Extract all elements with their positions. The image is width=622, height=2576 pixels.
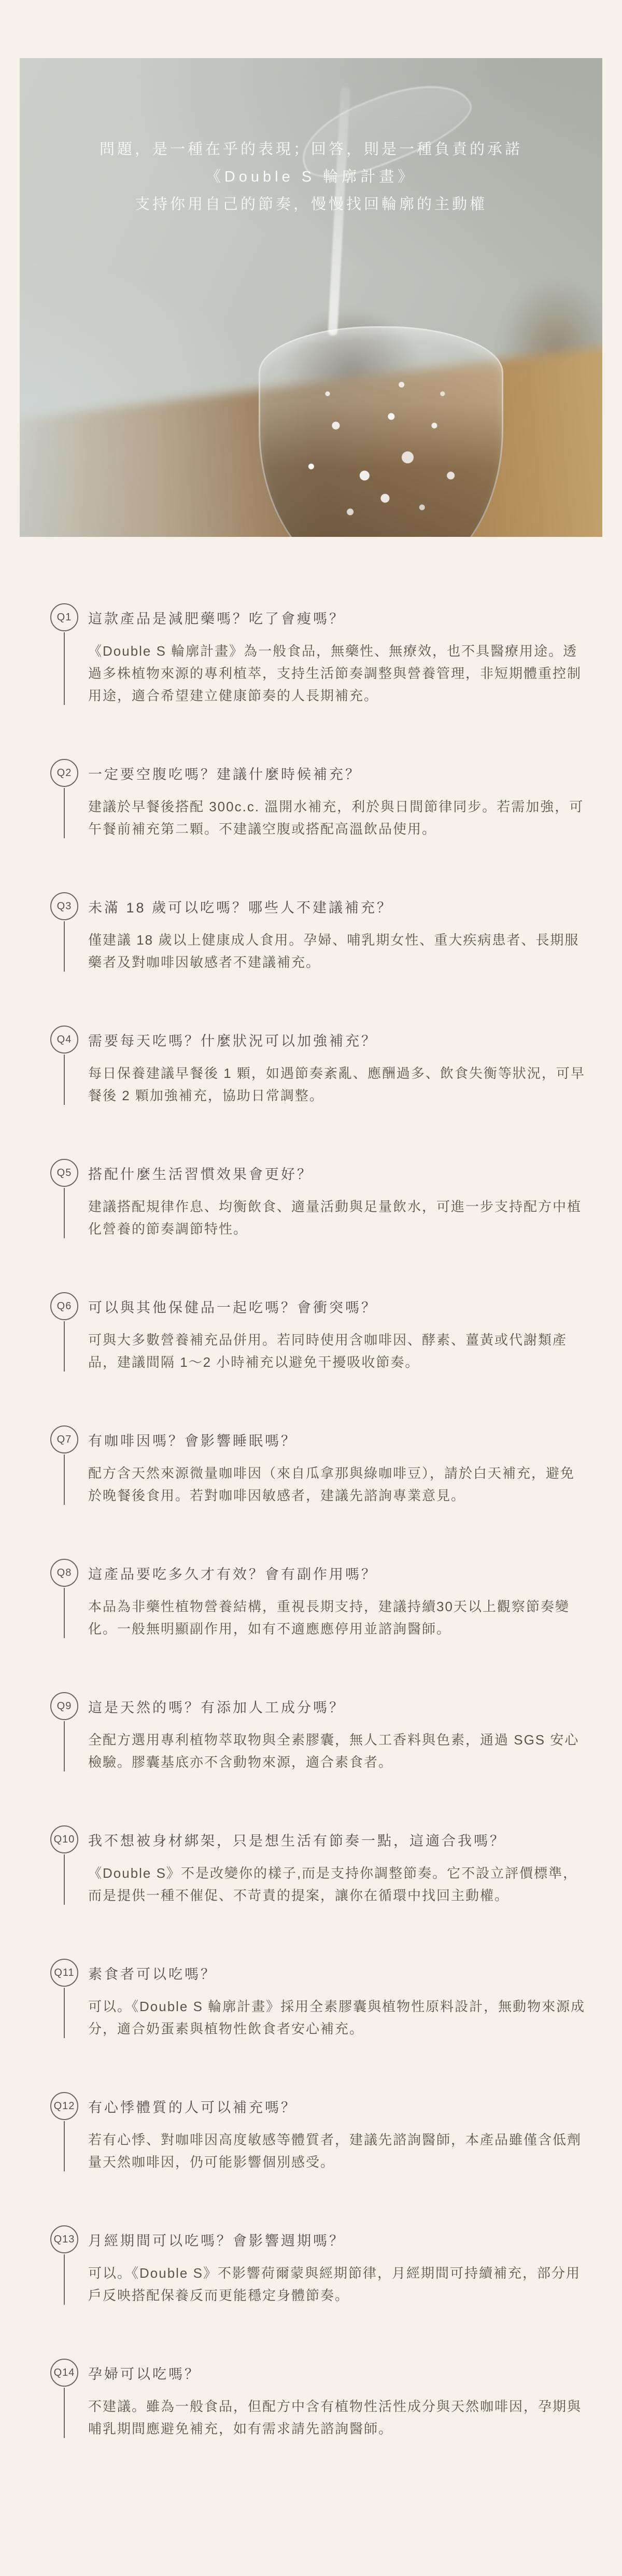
question-number-badge: Q5 xyxy=(50,1159,78,1187)
connector-line xyxy=(64,1188,65,1238)
hero-caption-line-3: 支持你用自己的節奏，慢慢找回輪廓的主動權 xyxy=(20,195,602,214)
question-number: Q14 xyxy=(54,2367,75,2379)
answer-text: 若有心悸、對咖啡因高度敏感等體質者，建議先諮詢醫師，本產品雖僅含低劑量天然咖啡因… xyxy=(88,2129,586,2173)
connector-line xyxy=(64,921,65,972)
question-title: 這產品要吃多久才有效？會有副作用嗎？ xyxy=(88,1559,586,1587)
question-number-badge: Q3 xyxy=(50,892,78,920)
question-title: 一定要空腹吃嗎？建議什麼時候補充？ xyxy=(88,759,586,787)
answer-text: 可以。《Double S》不影響荷爾蒙與經期節律，月經期間可持續補充，部分用戶反… xyxy=(88,2262,586,2307)
faq-item: Q8 這產品要吃多久才有效？會有副作用嗎？ 本品為非藥性植物營養結構，重視長期支… xyxy=(50,1559,586,1640)
question-title: 素食者可以吃嗎？ xyxy=(88,1959,586,1987)
bubbles xyxy=(278,357,484,537)
question-number-badge: Q11 xyxy=(50,1959,78,1987)
question-number: Q8 xyxy=(57,1567,72,1579)
question-number: Q5 xyxy=(57,1167,72,1179)
faq-item: Q13 月經期間可以吃嗎？會影響週期嗎？ 可以。《Double S》不影響荷爾蒙… xyxy=(50,2225,586,2307)
question-number-badge: Q4 xyxy=(50,1026,78,1054)
connector-line xyxy=(64,1321,65,1372)
answer-text: 建議搭配規律作息、均衡飲食、適量活動與足量飲水，可進一步支持配方中植化營養的節奏… xyxy=(88,1196,586,1240)
question-number: Q1 xyxy=(57,612,72,624)
faq-item: Q9 這是天然的嗎？有添加人工成分嗎？ 全配方選用專利植物萃取物與全素膠囊，無人… xyxy=(50,1692,586,1774)
answer-text: 建議於早餐後搭配 300c.c. 溫開水補充，利於與日間節律同步。若需加強，可午… xyxy=(88,796,586,840)
question-number-badge: Q8 xyxy=(50,1559,78,1587)
question-title: 可以與其他保健品一起吃嗎？會衝突嗎？ xyxy=(88,1292,586,1320)
faq-item: Q12 有心悸體質的人可以補充嗎？ 若有心悸、對咖啡因高度敏感等體質者，建議先諮… xyxy=(50,2092,586,2173)
answer-text: 本品為非藥性植物營養結構，重視長期支持，建議持續30天以上觀察節奏變化。一般無明… xyxy=(88,1596,586,1640)
question-title: 我不想被身材綁架，只是想生活有節奏一點，這適合我嗎？ xyxy=(88,1825,586,1853)
answer-text: 全配方選用專利植物萃取物與全素膠囊，無人工香料與色素，通過 SGS 安心檢驗。膠… xyxy=(88,1729,586,1774)
connector-line xyxy=(64,2388,65,2438)
question-number: Q10 xyxy=(54,1834,75,1846)
question-title: 月經期間可以吃嗎？會影響週期嗎？ xyxy=(88,2225,586,2253)
answer-text: 不建議。雖為一般食品，但配方中含有植物性活性成分與天然咖啡因，孕期與哺乳期間應避… xyxy=(88,2395,586,2440)
question-number: Q4 xyxy=(57,1034,72,1046)
hero-caption-line-1: 問題，是一種在乎的表現；回答，則是一種負責的承諾 xyxy=(20,140,602,159)
question-title: 這是天然的嗎？有添加人工成分嗎？ xyxy=(88,1692,586,1720)
question-number: Q12 xyxy=(54,2100,75,2112)
connector-line xyxy=(64,2254,65,2305)
question-number: Q2 xyxy=(57,767,72,779)
question-number: Q6 xyxy=(57,1300,72,1312)
question-title: 這款產品是減肥藥嗎？吃了會瘦嗎？ xyxy=(88,603,586,631)
question-number-badge: Q7 xyxy=(50,1425,78,1453)
question-number-badge: Q2 xyxy=(50,759,78,787)
question-number: Q9 xyxy=(57,1700,72,1712)
faq-item: Q14 孕婦可以吃嗎？ 不建議。雖為一般食品，但配方中含有植物性活性成分與天然咖… xyxy=(50,2359,586,2440)
faq-item: Q2 一定要空腹吃嗎？建議什麼時候補充？ 建議於早餐後搭配 300c.c. 溫開… xyxy=(50,759,586,840)
hero-caption-line-2: 《Double S 輪廓計畫》 xyxy=(20,168,602,187)
question-title: 需要每天吃嗎？什麼狀況可以加強補充？ xyxy=(88,1026,586,1054)
faq-item: Q4 需要每天吃嗎？什麼狀況可以加強補充？ 每日保養建議早餐後 1 顆，如遇節奏… xyxy=(50,1026,586,1107)
answer-text: 《Double S 輪廓計畫》為一般食品，無藥性、無療效，也不具醫療用途。透過多… xyxy=(88,640,586,707)
question-number-badge: Q1 xyxy=(50,603,78,631)
water-glass xyxy=(259,326,503,537)
question-title: 孕婦可以吃嗎？ xyxy=(88,2359,586,2387)
faq-item: Q11 素食者可以吃嗎？ 可以。《Double S 輪廓計畫》採用全素膠囊與植物… xyxy=(50,1959,586,2040)
hero-caption: 問題，是一種在乎的表現；回答，則是一種負責的承諾 《Double S 輪廓計畫》… xyxy=(20,140,602,214)
answer-text: 可與大多數營養補充品併用。若同時使用含咖啡因、酵素、薑黃或代謝類產品，建議間隔 … xyxy=(88,1329,586,1374)
faq-item: Q10 我不想被身材綁架，只是想生活有節奏一點，這適合我嗎？ 《Double S… xyxy=(50,1825,586,1907)
faq-item: Q5 搭配什麼生活習慣效果會更好？ 建議搭配規律作息、均衡飲食、適量活動與足量飲… xyxy=(50,1159,586,1240)
question-title: 未滿 18 歲可以吃嗎？哪些人不建議補充？ xyxy=(88,892,586,920)
question-number-badge: Q14 xyxy=(50,2359,78,2387)
faq-item: Q7 有咖啡因嗎？會影響睡眠嗎？ 配方含天然來源微量咖啡因（來自瓜拿那與綠咖啡豆… xyxy=(50,1425,586,1507)
connector-line xyxy=(64,1854,65,1905)
question-number: Q13 xyxy=(54,2234,75,2246)
question-number: Q7 xyxy=(57,1434,72,1446)
question-title: 有咖啡因嗎？會影響睡眠嗎？ xyxy=(88,1425,586,1453)
connector-line xyxy=(64,1588,65,1638)
connector-line xyxy=(64,1988,65,2038)
answer-text: 配方含天然來源微量咖啡因（來自瓜拿那與綠咖啡豆），請於白天補充，避免於晚餐後食用… xyxy=(88,1462,586,1507)
question-number-badge: Q9 xyxy=(50,1692,78,1720)
hero-image: 問題，是一種在乎的表現；回答，則是一種負責的承諾 《Double S 輪廓計畫》… xyxy=(20,58,602,537)
faq-item: Q6 可以與其他保健品一起吃嗎？會衝突嗎？ 可與大多數營養補充品併用。若同時使用… xyxy=(50,1292,586,1374)
question-title: 有心悸體質的人可以補充嗎？ xyxy=(88,2092,586,2120)
connector-line xyxy=(64,1455,65,1505)
question-number-badge: Q13 xyxy=(50,2225,78,2253)
answer-text: 僅建議 18 歲以上健康成人食用。孕婦、哺乳期女性、重大疾病患者、長期服藥者及對… xyxy=(88,929,586,974)
question-number-badge: Q6 xyxy=(50,1292,78,1320)
answer-text: 可以。《Double S 輪廓計畫》採用全素膠囊與植物性原料設計，無動物來源成分… xyxy=(88,1996,586,2040)
answer-text: 每日保養建議早餐後 1 顆，如遇節奏紊亂、應酬過多、飲食失衡等狀況，可早餐後 2… xyxy=(88,1062,586,1107)
question-number: Q11 xyxy=(54,1967,74,1979)
connector-line xyxy=(64,788,65,838)
answer-text: 《Double S》不是改變你的樣子,而是支持你調整節奏。它不設立評價標準，而是… xyxy=(88,1862,586,1907)
connector-line xyxy=(64,632,65,705)
faq-item: Q1 這款產品是減肥藥嗎？吃了會瘦嗎？ 《Double S 輪廓計畫》為一般食品… xyxy=(50,603,586,707)
faq-list: Q1 這款產品是減肥藥嗎？吃了會瘦嗎？ 《Double S 輪廓計畫》為一般食品… xyxy=(50,603,586,2492)
connector-line xyxy=(64,2121,65,2171)
question-number-badge: Q12 xyxy=(50,2092,78,2120)
question-number-badge: Q10 xyxy=(50,1825,78,1853)
connector-line xyxy=(64,1721,65,1771)
faq-item: Q3 未滿 18 歲可以吃嗎？哪些人不建議補充？ 僅建議 18 歲以上健康成人食… xyxy=(50,892,586,974)
connector-line xyxy=(64,1055,65,1105)
question-number: Q3 xyxy=(57,901,72,912)
question-title: 搭配什麼生活習慣效果會更好？ xyxy=(88,1159,586,1187)
